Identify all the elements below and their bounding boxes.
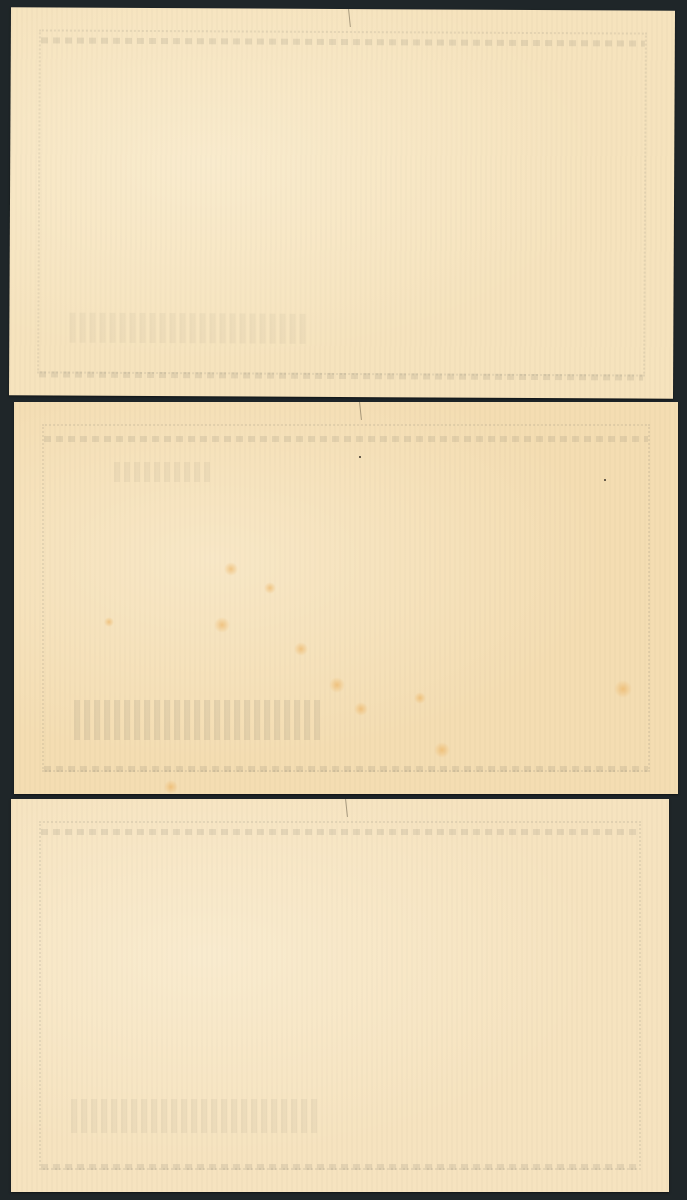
foxing-spot (224, 562, 238, 576)
foxing-spot (414, 692, 426, 704)
show-through-border-row (41, 829, 639, 835)
edge-crease (359, 402, 362, 420)
show-through-border-row (44, 766, 648, 772)
paper-card-top (9, 7, 675, 398)
paper-card-middle (14, 402, 678, 794)
foxing-spot (294, 642, 308, 656)
foxing-spot (214, 617, 230, 633)
edge-crease (345, 799, 348, 817)
speck (359, 456, 361, 458)
show-through-border-row (44, 436, 648, 442)
show-through-text-block (114, 462, 214, 482)
foxing-spot (329, 677, 345, 693)
show-through-text-block (74, 700, 324, 740)
foxing-spot (104, 617, 114, 627)
show-through-border-row (41, 1164, 639, 1170)
foxing-spot (264, 582, 276, 594)
show-through-text-block (71, 1099, 321, 1133)
foxing-spot (614, 680, 632, 698)
speck (604, 479, 606, 481)
foxing-spot (434, 742, 450, 758)
edge-crease (348, 9, 351, 27)
show-through-text-block (69, 313, 309, 344)
foxing-spot (164, 780, 178, 794)
paper-card-bottom (11, 799, 669, 1192)
foxing-spot (354, 702, 368, 716)
